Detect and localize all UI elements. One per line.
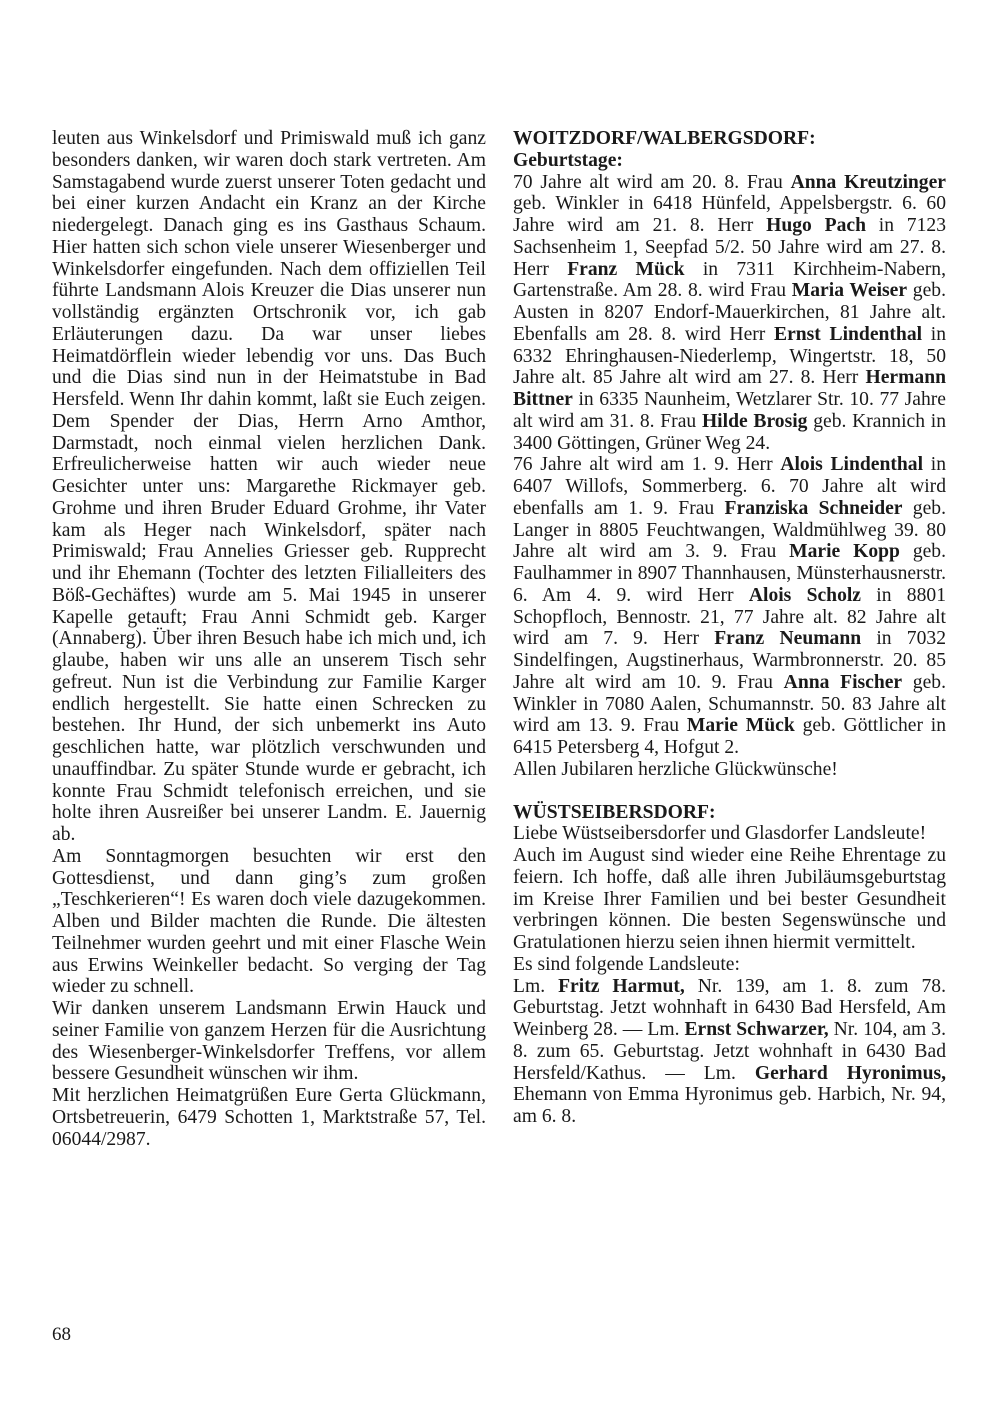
- paragraph-signature: Mit herzlichen Heimatgrüßen Eure Gerta G…: [52, 1085, 486, 1150]
- person-name: Anna Fischer: [784, 672, 902, 693]
- intro-paragraph: Auch im August sind wieder eine Reihe Eh…: [513, 845, 946, 954]
- person-name: Marie Mück: [687, 715, 795, 736]
- person-name: Maria Weiser: [792, 280, 907, 301]
- section-heading-wuestseibersdorf: WÜSTSEIBERSDORF:: [513, 802, 946, 824]
- person-name: Ernst Lindenthal: [774, 324, 922, 345]
- list-intro: Es sind folgende Landsleute:: [513, 954, 946, 976]
- subheading-birthdays: Geburtstage:: [513, 150, 946, 172]
- paragraph-sunday: Am Sonntagmorgen besuchten wir erst den …: [52, 846, 486, 998]
- birthday-list-september: 76 Jahre alt wird am 1. 9. Herr Alois Li…: [513, 454, 946, 759]
- paragraph-meeting-report: leuten aus Winkelsdorf und Primiswald mu…: [52, 128, 486, 846]
- left-column: leuten aus Winkelsdorf und Primiswald mu…: [52, 128, 486, 1150]
- person-name: Marie Kopp: [789, 541, 900, 562]
- birthday-list-august: 70 Jahre alt wird am 20. 8. Frau Anna Kr…: [513, 172, 946, 455]
- person-name: Anna Kreutzinger: [791, 172, 946, 193]
- section-heading-woitzdorf: WOITZDORF/WALBERGSDORF:: [513, 128, 946, 150]
- person-name: Franz Mück: [567, 259, 684, 280]
- landsleute-list: Lm. Fritz Harmut, Nr. 139, am 1. 8. zum …: [513, 976, 946, 1128]
- person-name: Franz Neumann: [714, 628, 861, 649]
- right-column: WOITZDORF/WALBERGSDORF: Geburtstage: 70 …: [513, 128, 946, 1128]
- person-name: Hugo Pach: [766, 215, 866, 236]
- paragraph-thanks: Wir danken unserem Landsmann Erwin Hauck…: [52, 998, 486, 1085]
- person-name: Gerhard Hyronimus,: [755, 1063, 946, 1084]
- document-page: leuten aus Winkelsdorf und Primiswald mu…: [0, 0, 1000, 1413]
- congratulations-line: Allen Jubilaren herzliche Glückwünsche!: [513, 759, 946, 781]
- person-name: Alois Lindenthal: [780, 454, 923, 475]
- person-name: Alois Scholz: [749, 585, 861, 606]
- person-name: Fritz Harmut,: [558, 976, 685, 997]
- section-spacer: [513, 781, 946, 802]
- person-name: Ernst Schwarzer,: [684, 1019, 828, 1040]
- person-name: Franziska Schneider: [725, 498, 903, 519]
- page-number: 68: [52, 1324, 71, 1346]
- person-name: Hilde Brosig: [702, 411, 808, 432]
- salutation: Liebe Wüstseibersdorfer und Glasdorfer L…: [513, 823, 946, 845]
